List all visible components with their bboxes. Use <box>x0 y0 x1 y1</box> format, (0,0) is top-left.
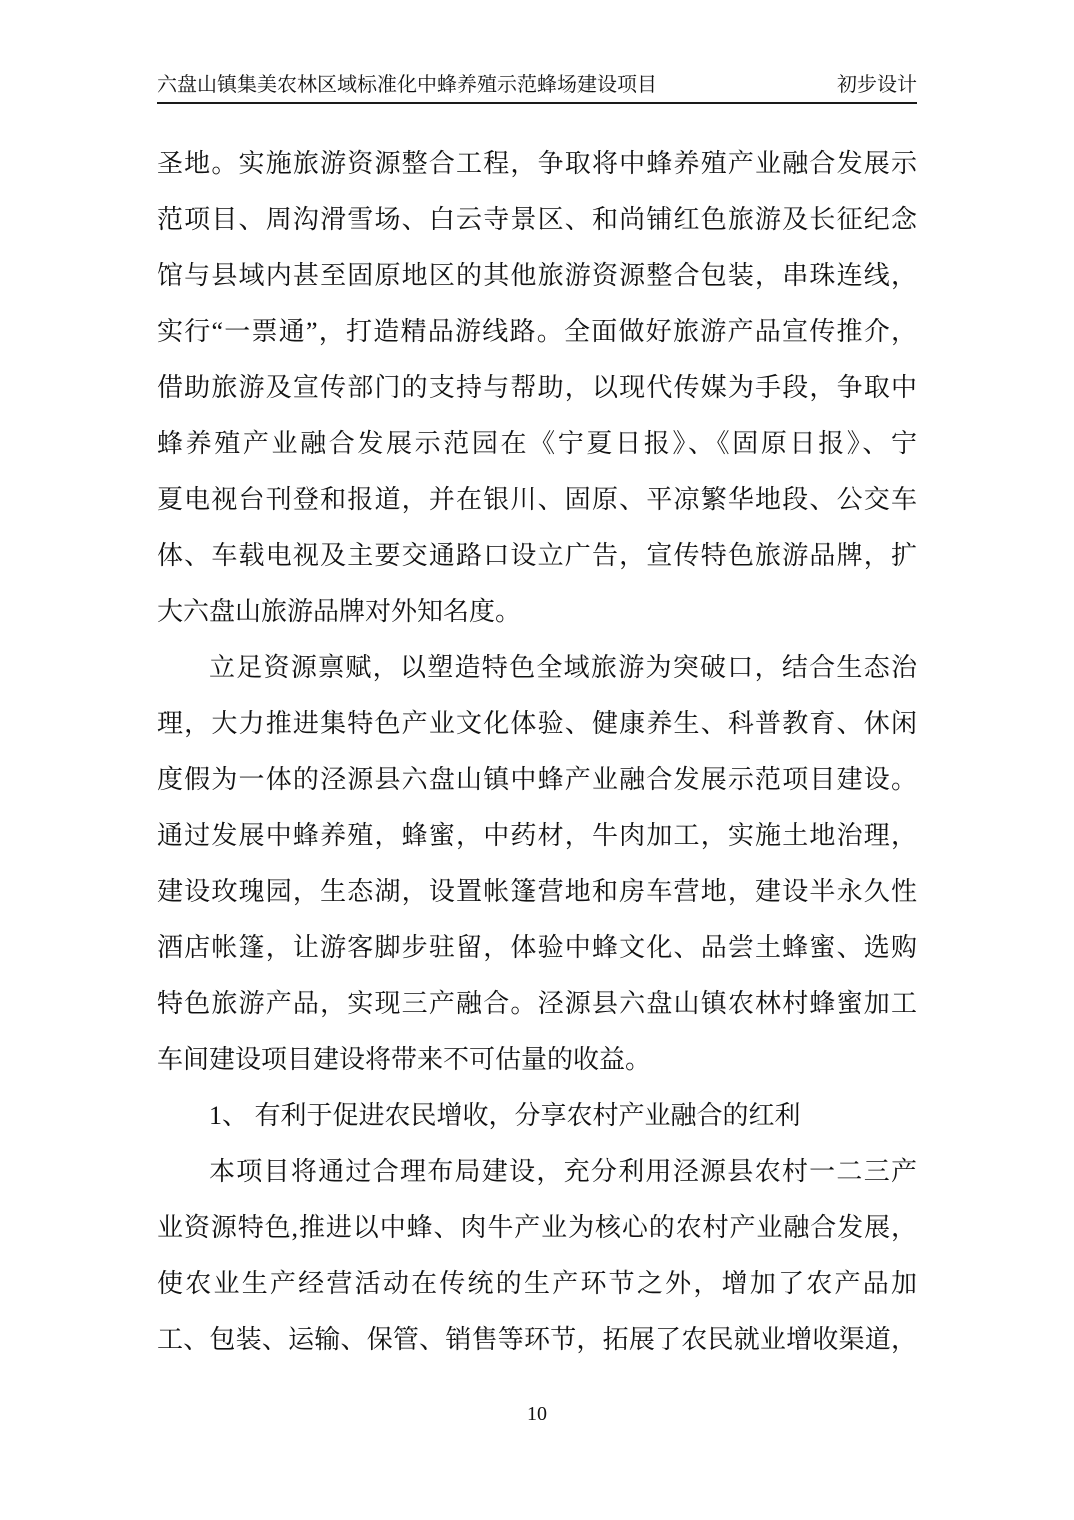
body-text: 圣地。实施旅游资源整合工程，争取将中蜂养殖产业融合发展示 范项目、周沟滑雪场、白… <box>157 136 917 1368</box>
body-line: 蜂养殖产业融合发展示范园在《宁夏日报》、《固原日报》、宁 <box>157 416 917 472</box>
page-header: 六盘山镇集美农林区域标准化中蜂养殖示范蜂场建设项目 初步设计 <box>157 74 917 104</box>
body-line: 建设玫瑰园，生态湖，设置帐篷营地和房车营地，建设半永久性 <box>157 864 917 920</box>
body-line: 馆与县域内甚至固原地区的其他旅游资源整合包装，串珠连线， <box>157 248 917 304</box>
body-line: 特色旅游产品，实现三产融合。泾源县六盘山镇农林村蜂蜜加工 <box>157 976 917 1032</box>
body-line: 范项目、周沟滑雪场、白云寺景区、和尚铺红色旅游及长征纪念 <box>157 192 917 248</box>
body-line: 夏电视台刊登和报道，并在银川、固原、平凉繁华地段、公交车 <box>157 472 917 528</box>
body-line: 使农业生产经营活动在传统的生产环节之外，增加了农产品加 <box>157 1256 917 1312</box>
body-line: 酒店帐篷，让游客脚步驻留，体验中蜂文化、品尝土蜂蜜、选购 <box>157 920 917 976</box>
body-line: 工、包装、运输、保管、销售等环节，拓展了农民就业增收渠道， <box>157 1312 917 1368</box>
body-line: 本项目将通过合理布局建设，充分利用泾源县农村一二三产 <box>157 1144 917 1200</box>
section-heading: 1、 有利于促进农民增收，分享农村产业融合的红利 <box>157 1088 917 1144</box>
body-line: 度假为一体的泾源县六盘山镇中蜂产业融合发展示范项目建设。 <box>157 752 917 808</box>
body-line: 通过发展中蜂养殖，蜂蜜，中药材，牛肉加工，实施土地治理， <box>157 808 917 864</box>
header-doc-stage-label: 初步设计 <box>837 74 917 96</box>
page-footer: 10 <box>0 1402 1074 1426</box>
body-line: 体、车载电视及主要交通路口设立广告，宣传特色旅游品牌，扩 <box>157 528 917 584</box>
body-line: 实行“一票通”，打造精品游线路。全面做好旅游产品宣传推介， <box>157 304 917 360</box>
header-title: 六盘山镇集美农林区域标准化中蜂养殖示范蜂场建设项目 <box>157 74 657 96</box>
body-line: 大六盘山旅游品牌对外知名度。 <box>157 584 917 640</box>
body-line: 圣地。实施旅游资源整合工程，争取将中蜂养殖产业融合发展示 <box>157 136 917 192</box>
body-line: 立足资源禀赋，以塑造特色全域旅游为突破口，结合生态治 <box>157 640 917 696</box>
body-line: 理，大力推进集特色产业文化体验、健康养生、科普教育、休闲 <box>157 696 917 752</box>
document-page: 六盘山镇集美农林区域标准化中蜂养殖示范蜂场建设项目 初步设计 圣地。实施旅游资源… <box>0 0 1074 1520</box>
body-line: 车间建设项目建设将带来不可估量的收益。 <box>157 1032 917 1088</box>
body-line: 业资源特色,推进以中蜂、肉牛产业为核心的农村产业融合发展， <box>157 1200 917 1256</box>
page-number: 10 <box>527 1403 547 1425</box>
body-line: 借助旅游及宣传部门的支持与帮助，以现代传媒为手段，争取中 <box>157 360 917 416</box>
